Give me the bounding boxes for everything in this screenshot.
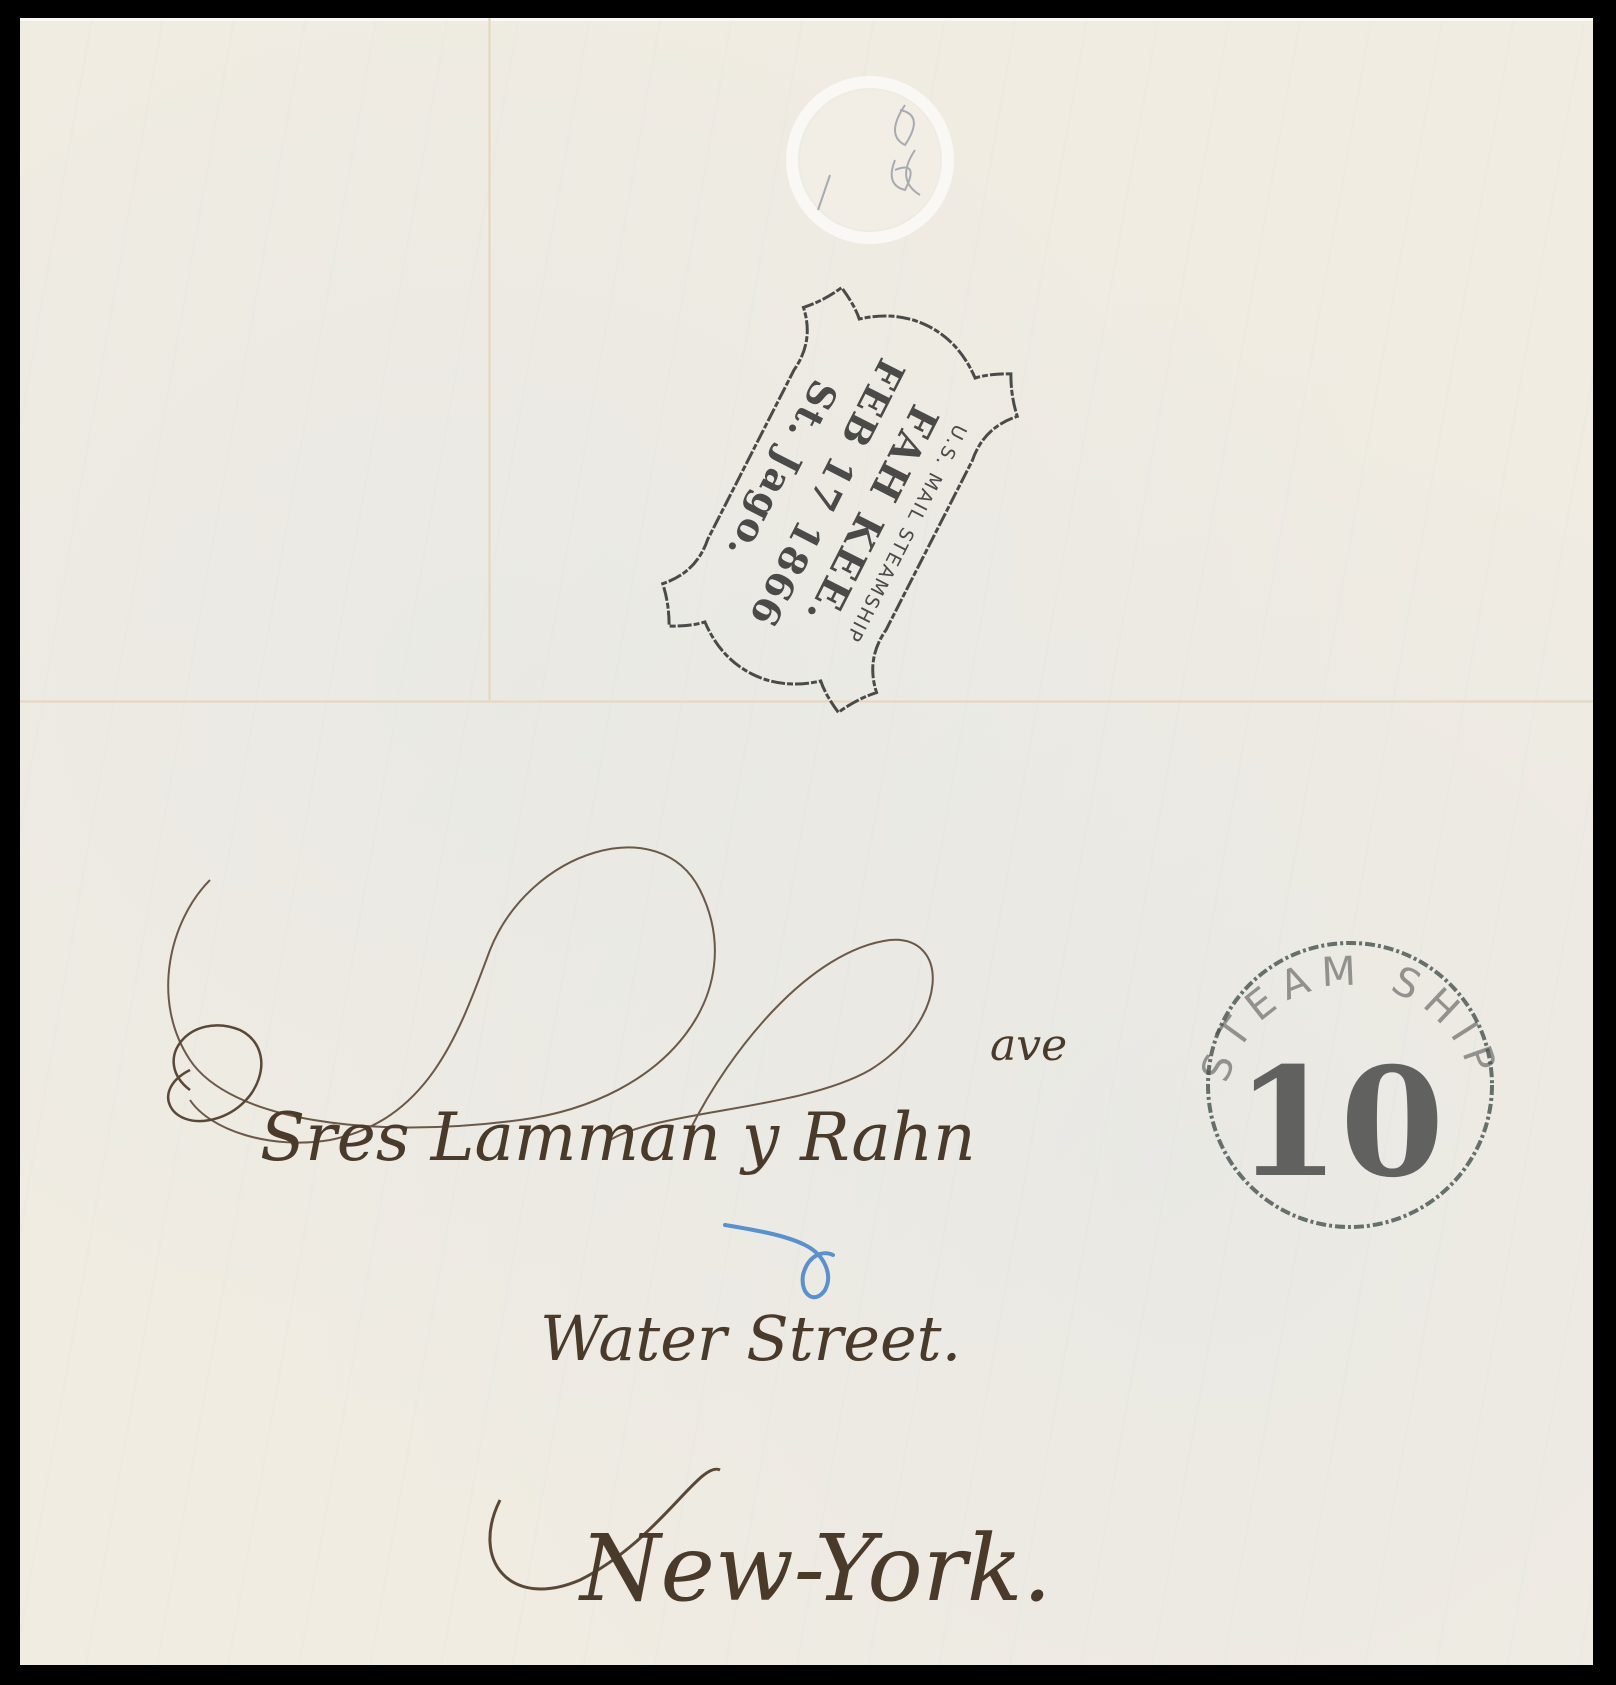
address-block: Sres Lamman y Rahn ave Water Street. New… bbox=[168, 847, 1067, 1622]
ship-handstamp: U.S. MAIL STEAMSHIP FAH KEE. FEB 17 1866… bbox=[645, 272, 1036, 728]
steamship-postmark: STEAM SHIP 10 bbox=[1193, 943, 1508, 1227]
postmark-rate: 10 bbox=[1236, 1035, 1445, 1211]
markings-layer: U.S. MAIL STEAMSHIP FAH KEE. FEB 17 1866… bbox=[0, 0, 1616, 1685]
seal-remnant bbox=[792, 82, 948, 238]
address-line-2: Water Street. bbox=[540, 1302, 961, 1375]
blue-crayon-mark bbox=[725, 1225, 833, 1297]
address-annotation: ave bbox=[990, 1020, 1067, 1071]
address-line-3: New-York. bbox=[578, 1515, 1052, 1622]
address-line-1: Sres Lamman y Rahn bbox=[260, 1099, 976, 1176]
